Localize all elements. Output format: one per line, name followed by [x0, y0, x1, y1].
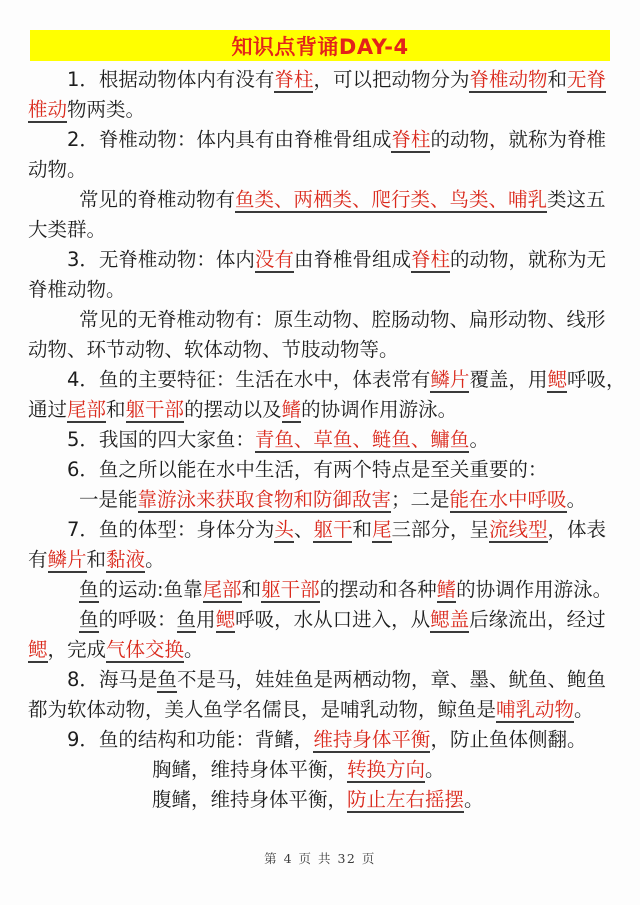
text-run: ，可以把动物分为: [313, 68, 469, 91]
key-term-red: 鳃: [28, 638, 48, 663]
text-run: 和: [87, 548, 107, 571]
text-line: 常见的脊椎动物有鱼类、两栖类、爬行类、鸟类、哺乳类这五: [28, 185, 612, 215]
text-line: 2．脊椎动物：体内具有由脊椎骨组成脊柱的动物，就称为脊椎: [28, 125, 612, 155]
text-line: 通过尾部和躯干部的摆动以及鳍的协调作用游泳。: [28, 395, 612, 425]
text-line: 6．鱼之所以能在水中生活，有两个特点是至关重要的：: [28, 455, 612, 485]
text-line: 动物。: [28, 155, 612, 185]
text-run: 。: [464, 788, 484, 811]
key-term-red: 青鱼、草鱼、鲢鱼、鳙鱼: [255, 428, 470, 453]
text-line: 8．海马是鱼不是马，娃娃鱼是两栖动物，章、墨、鱿鱼、鲍鱼: [28, 665, 612, 695]
text-run: 3．无脊椎动物：体内: [67, 248, 255, 271]
text-run: 腹鳍，维持身体平衡，: [152, 788, 347, 811]
text-line: 动物、环节动物、软体动物、节肢动物等。: [28, 335, 612, 365]
document-page: 知识点背诵DAY-4 1．根据动物体内有没有脊柱，可以把动物分为脊椎动物和无脊椎…: [0, 0, 640, 905]
page-number: 第 4 页 共 32 页: [0, 849, 640, 867]
text-run: ，完成: [48, 638, 107, 661]
text-run: 和: [106, 398, 126, 421]
text-run: 7．鱼的体型：身体分为: [67, 518, 274, 541]
text-run: ，防止鱼体侧翻。: [430, 728, 586, 751]
text-run: 有: [28, 548, 48, 571]
key-term-red: 能在水中呼吸: [450, 488, 567, 513]
text-run: 1．根据动物体内有没有: [67, 68, 274, 91]
text-run: 6．鱼之所以能在水中生活，有两个特点是至关重要的：: [67, 458, 547, 481]
text-run: 的摆动以及: [184, 398, 282, 421]
text-line: 3．无脊椎动物：体内没有由脊椎骨组成脊柱的动物，就称为无: [28, 245, 612, 275]
text-run: 动物、环节动物、软体动物、节肢动物等。: [28, 338, 399, 361]
underlined-term: 鱼: [177, 608, 197, 633]
text-run: 的动物，就称为脊椎: [430, 128, 606, 151]
key-term-red: 哺乳动物: [496, 698, 574, 723]
text-run: 。: [469, 428, 489, 451]
text-run: ；二是: [391, 488, 450, 511]
key-term-red: 脊柱: [274, 68, 313, 93]
text-line: 胸鳍，维持身体平衡，转换方向。: [28, 755, 612, 785]
text-run: 的动物，就称为无: [450, 248, 606, 271]
key-term-red: 鳃盖: [430, 608, 469, 633]
key-term-red: 脊柱: [391, 128, 430, 153]
key-term-red: 躯干部: [261, 578, 320, 603]
key-term-red: 维持身体平衡: [313, 728, 430, 753]
text-run: 呼吸，: [567, 368, 626, 391]
text-run: 的协调作用游泳。: [456, 578, 612, 601]
text-run: 的协调作用游泳。: [301, 398, 457, 421]
text-line: 腹鳍，维持身体平衡，防止左右摇摆。: [28, 785, 612, 815]
text-line: 有鳞片和黏液。: [28, 545, 612, 575]
text-line: 鱼的运动:鱼靠尾部和躯干部的摆动和各种鳍的协调作用游泳。: [28, 575, 612, 605]
text-line: 鱼的呼吸：鱼用鳃呼吸，水从口进入，从鳃盖后缘流出，经过: [28, 605, 612, 635]
text-run: 的呼吸：: [99, 608, 177, 631]
text-line: 都为软体动物，美人鱼学名儒艮，是哺乳动物，鲸鱼是哺乳动物。: [28, 695, 612, 725]
key-term-red: 椎动: [28, 98, 67, 123]
text-run: 4．鱼的主要特征：生活在水中，体表常有: [67, 368, 430, 391]
key-term-red: 无脊: [567, 68, 606, 93]
text-line: 脊椎动物。: [28, 275, 612, 305]
key-term-red: 尾部: [203, 578, 242, 603]
text-run: 类这五: [547, 188, 606, 211]
key-term-red: 黏液: [106, 548, 145, 573]
key-term-red: 鳃: [547, 368, 567, 393]
key-term-red: 鳍: [437, 578, 457, 603]
key-term-red: 靠游泳来获取食物和防御敌害: [138, 488, 392, 513]
underlined-term: 鱼: [79, 578, 99, 603]
text-run: 。: [184, 638, 204, 661]
key-term-red: 鳃: [216, 608, 236, 633]
page-title: 知识点背诵DAY-4: [231, 31, 408, 61]
text-run: 后缘流出，经过: [469, 608, 606, 631]
text-run: 。: [145, 548, 165, 571]
key-term-red: 流线型: [489, 518, 548, 543]
key-term-red: 气体交换: [106, 638, 184, 663]
key-term-red: 躯干: [313, 518, 352, 543]
key-term-red: 转换方向: [347, 758, 425, 783]
key-term-red: 尾部: [67, 398, 106, 423]
text-run: 物两类。: [67, 98, 145, 121]
text-run: 的运动:鱼靠: [99, 578, 203, 601]
text-run: 三部分，呈: [392, 518, 490, 541]
key-term-red: 鱼类、两栖类、爬行类、鸟类、哺乳: [235, 188, 547, 213]
text-line: 椎动物两类。: [28, 95, 612, 125]
text-run: 通过: [28, 398, 67, 421]
text-line: 鳃，完成气体交换。: [28, 635, 612, 665]
text-run: 和: [352, 518, 372, 541]
text-line: 常见的无脊椎动物有：原生动物、腔肠动物、扁形动物、线形: [28, 305, 612, 335]
text-line: 4．鱼的主要特征：生活在水中，体表常有鳞片覆盖，用鳃呼吸，: [28, 365, 612, 395]
text-run: 都为软体动物，美人鱼学名儒艮，是哺乳动物，鲸鱼是: [28, 698, 496, 721]
title-highlight-bar: 知识点背诵DAY-4: [30, 30, 610, 61]
text-run: 常见的脊椎动物有: [79, 188, 235, 211]
text-run: 和: [242, 578, 262, 601]
key-term-red: 鳍: [282, 398, 302, 423]
text-run: 。: [425, 758, 445, 781]
text-run: 和: [547, 68, 567, 91]
text-line: 5．我国的四大家鱼：青鱼、草鱼、鲢鱼、鳙鱼。: [28, 425, 612, 455]
text-run: 的摆动和各种: [320, 578, 437, 601]
key-term-red: 防止左右摇摆: [347, 788, 464, 813]
text-run: 常见的无脊椎动物有：原生动物、腔肠动物、扁形动物、线形: [79, 308, 606, 331]
underlined-term: 鱼: [157, 668, 177, 693]
text-run: 一是能: [79, 488, 138, 511]
text-run: ，体表: [548, 518, 607, 541]
text-run: 覆盖，用: [469, 368, 547, 391]
text-run: 。: [574, 698, 594, 721]
text-run: 不是马，娃娃鱼是两栖动物，章、墨、鱿鱼、鲍鱼: [177, 668, 606, 691]
key-term-red: 脊椎动物: [469, 68, 547, 93]
text-line: 一是能靠游泳来获取食物和防御敌害；二是能在水中呼吸。: [28, 485, 612, 515]
text-line: 7．鱼的体型：身体分为头、躯干和尾三部分，呈流线型，体表: [28, 515, 612, 545]
text-run: 。: [567, 488, 587, 511]
key-term-red: 头: [274, 518, 294, 543]
key-term-red: 脊柱: [411, 248, 450, 273]
text-run: 用: [196, 608, 216, 631]
underlined-term: 鱼: [79, 608, 99, 633]
key-term-red: 没有: [255, 248, 294, 273]
text-run: 胸鳍，维持身体平衡，: [152, 758, 347, 781]
text-line: 9．鱼的结构和功能：背鳍，维持身体平衡，防止鱼体侧翻。: [28, 725, 612, 755]
text-line: 1．根据动物体内有没有脊柱，可以把动物分为脊椎动物和无脊: [28, 65, 612, 95]
key-term-red: 鳞片: [430, 368, 469, 393]
doc-body: 1．根据动物体内有没有脊柱，可以把动物分为脊椎动物和无脊椎动物两类。2．脊椎动物…: [0, 61, 640, 815]
text-run: 、: [294, 518, 314, 541]
text-run: 呼吸，水从口进入，从: [235, 608, 430, 631]
key-term-red: 尾: [372, 518, 392, 543]
text-run: 大类群。: [28, 218, 106, 241]
text-run: 2．脊椎动物：体内具有由脊椎骨组成: [67, 128, 391, 151]
text-run: 动物。: [28, 158, 87, 181]
text-run: 5．我国的四大家鱼：: [67, 428, 255, 451]
key-term-red: 躯干部: [126, 398, 185, 423]
text-line: 大类群。: [28, 215, 612, 245]
text-run: 9．鱼的结构和功能：背鳍，: [67, 728, 313, 751]
text-run: 脊椎动物。: [28, 278, 126, 301]
key-term-red: 鳞片: [48, 548, 87, 573]
text-run: 8．海马是: [67, 668, 157, 691]
text-run: 由脊椎骨组成: [294, 248, 411, 271]
